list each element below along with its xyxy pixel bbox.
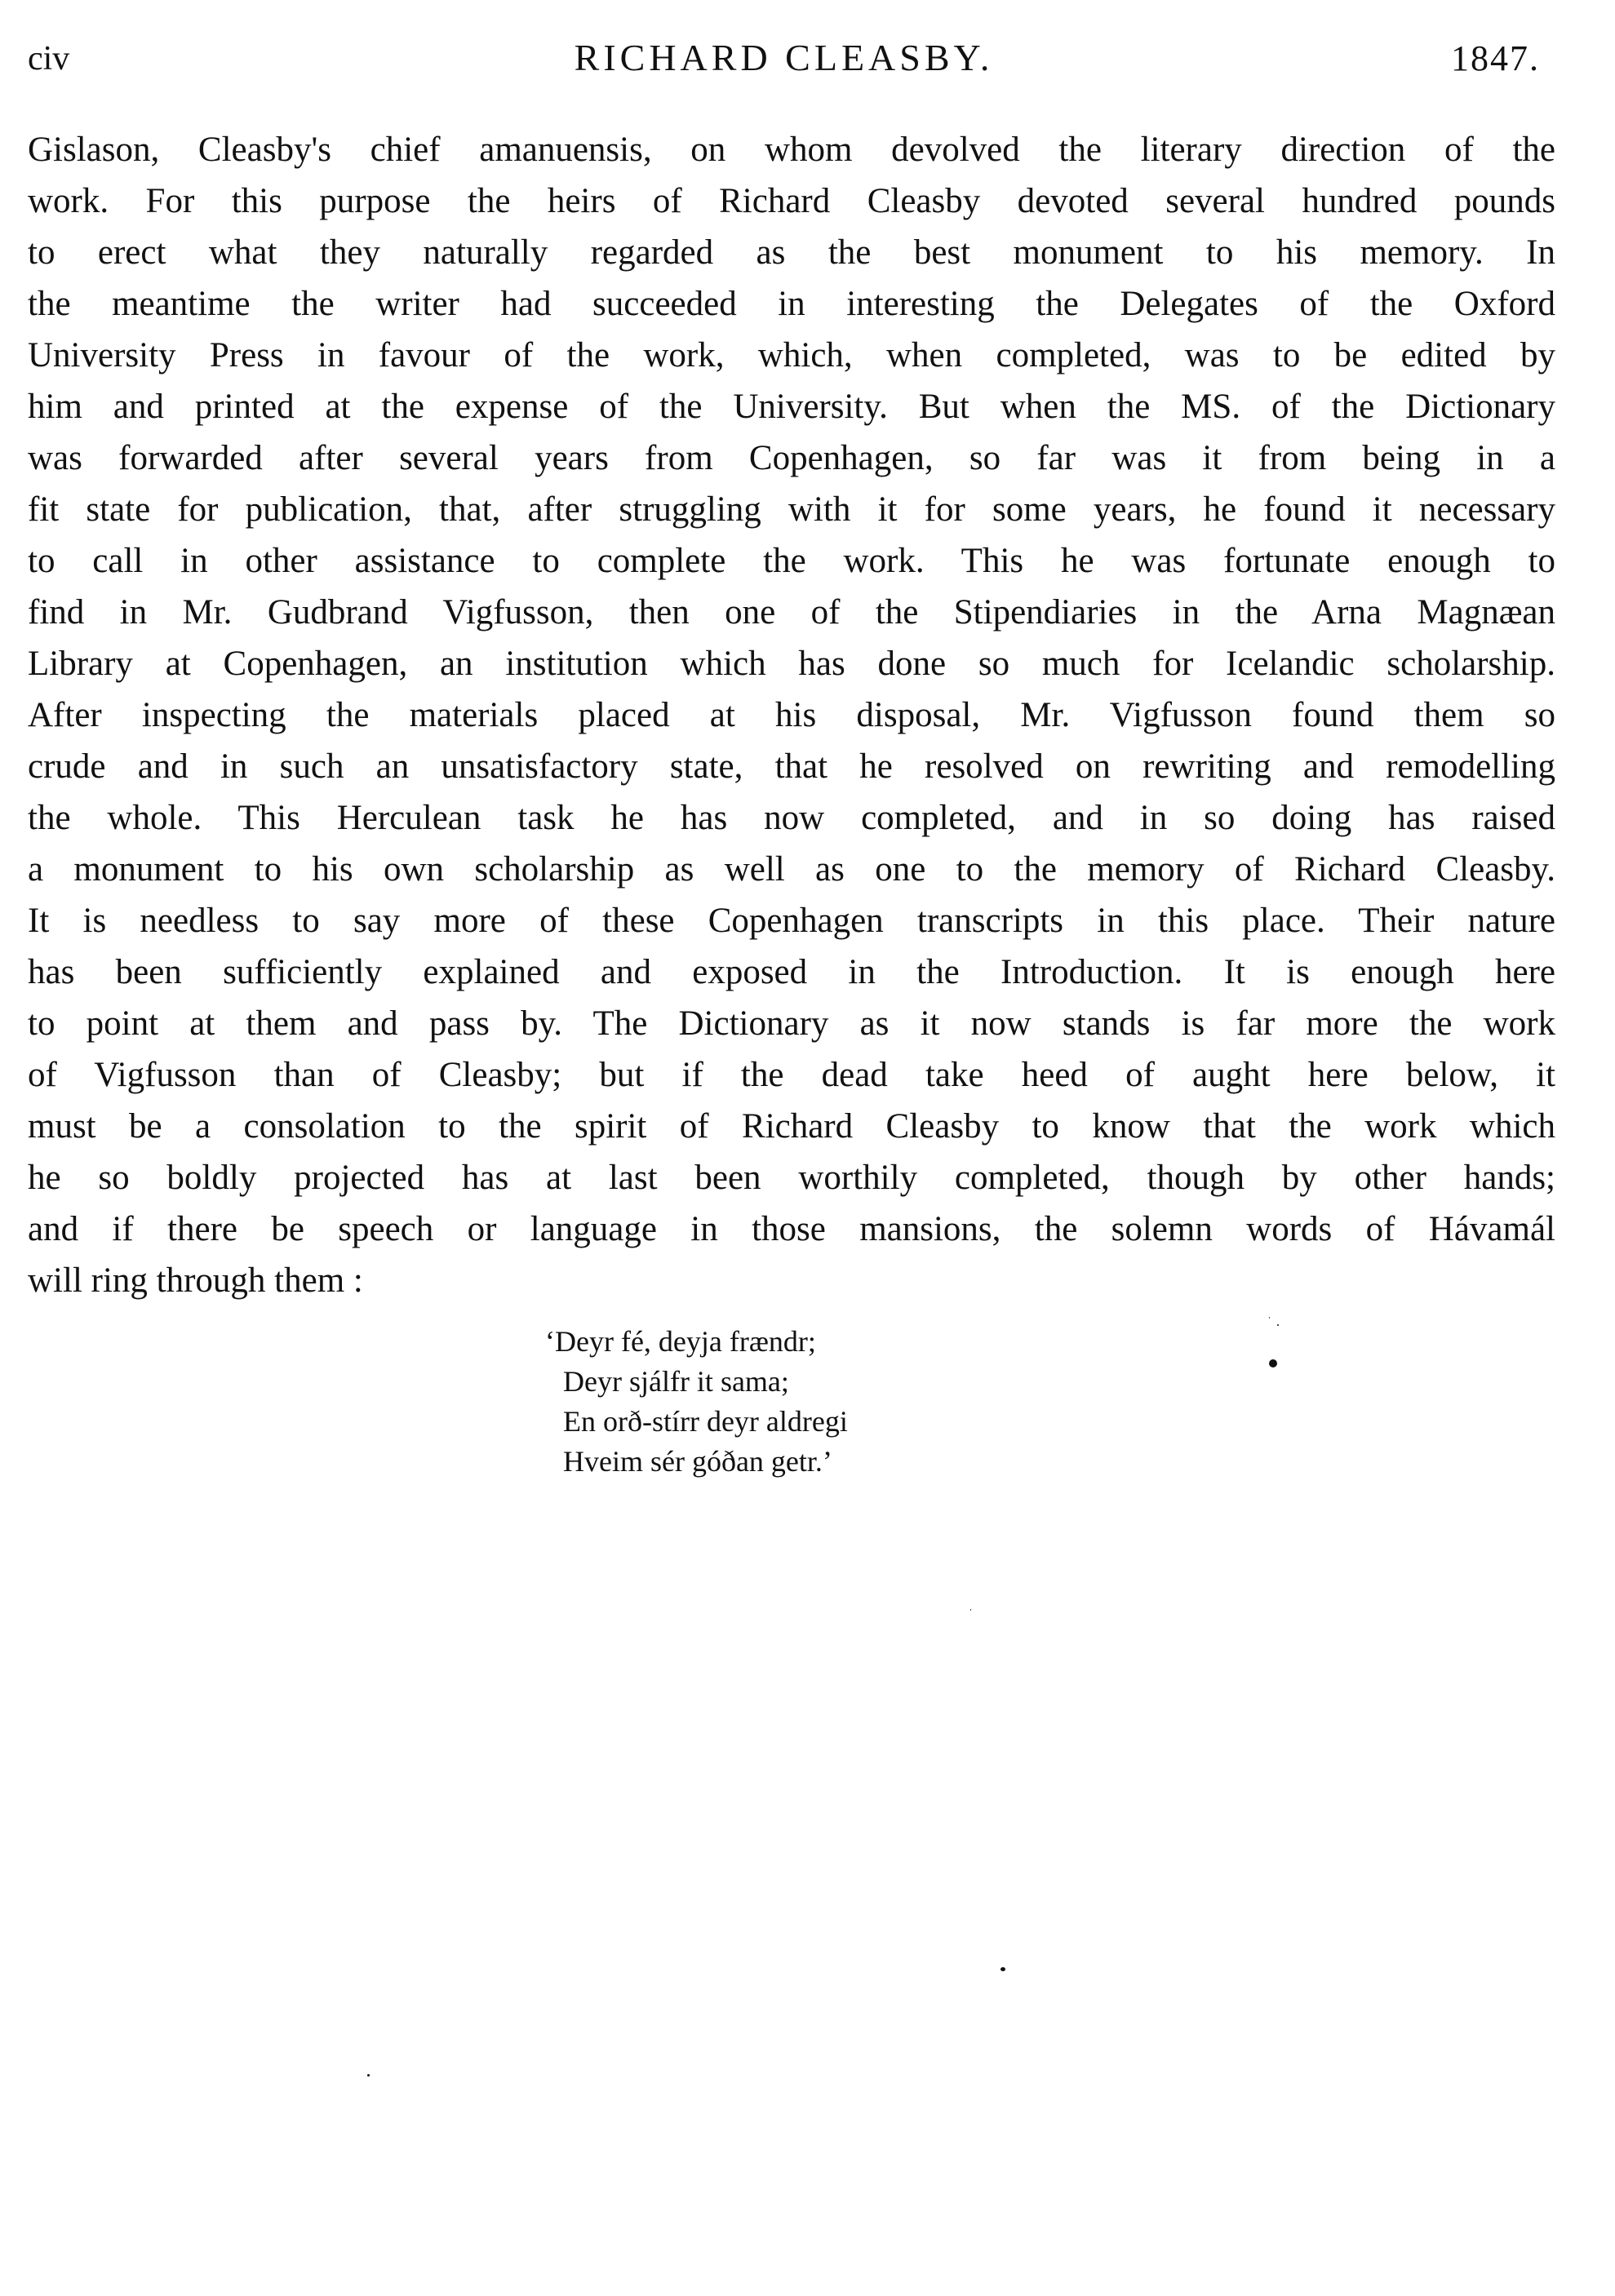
running-head: civ RICHARD CLEASBY. 1847. — [28, 36, 1540, 85]
text-line: University Press in favour of the work, … — [28, 330, 1555, 381]
text-line: the whole. This Herculean task he has no… — [28, 792, 1555, 844]
text-line: of Vigfusson than of Cleasby; but if the… — [28, 1049, 1555, 1101]
text-line: It is needless to say more of these Cope… — [28, 895, 1555, 946]
text-line: has been sufficiently explained and expo… — [28, 946, 1555, 998]
text-line: crude and in such an unsatisfactory stat… — [28, 741, 1555, 792]
poem-line: Deyr sjálfr it sama; — [545, 1362, 848, 1402]
text-line: must be a consolation to the spirit of R… — [28, 1101, 1555, 1152]
ink-speck — [1277, 1324, 1279, 1326]
text-line: find in Mr. Gudbrand Vigfusson, then one… — [28, 587, 1555, 638]
poem-quotation: ‘Deyr fé, deyja frændr; Deyr sjálfr it s… — [545, 1322, 848, 1482]
text-line: to call in other assistance to complete … — [28, 535, 1555, 587]
text-line: will ring through them : — [28, 1255, 1555, 1306]
running-title: RICHARD CLEASBY. — [28, 36, 1540, 79]
poem-line: En orð-stírr deyr aldregi — [545, 1402, 848, 1442]
text-line: work. For this purpose the heirs of Rich… — [28, 175, 1555, 227]
poem-line: Hveim sér góðan getr.’ — [545, 1442, 848, 1482]
text-line: Gislason, Cleasby's chief amanuensis, on… — [28, 124, 1555, 175]
text-line: Library at Copenhagen, an institution wh… — [28, 638, 1555, 689]
text-line: and if there be speech or language in th… — [28, 1203, 1555, 1255]
body-paragraph: Gislason, Cleasby's chief amanuensis, on… — [28, 124, 1555, 1306]
ink-speck — [1269, 1359, 1277, 1367]
text-line: him and printed at the expense of the Un… — [28, 381, 1555, 432]
text-line: to erect what they naturally regarded as… — [28, 227, 1555, 278]
running-year: 1847. — [1451, 38, 1540, 79]
text-line: a monument to his own scholarship as wel… — [28, 844, 1555, 895]
ink-speck — [1269, 1317, 1270, 1319]
text-line: the meantime the writer had succeeded in… — [28, 278, 1555, 330]
ink-speck — [970, 1609, 971, 1611]
book-page: civ RICHARD CLEASBY. 1847. Gislason, Cle… — [0, 0, 1615, 2296]
text-line: After inspecting the materials placed at… — [28, 689, 1555, 741]
text-line: fit state for publication, that, after s… — [28, 484, 1555, 535]
ink-speck — [1001, 1967, 1005, 1971]
text-line: to point at them and pass by. The Dictio… — [28, 998, 1555, 1049]
text-line: he so boldly projected has at last been … — [28, 1152, 1555, 1203]
text-line: was forwarded after several years from C… — [28, 432, 1555, 484]
ink-speck — [367, 2074, 370, 2077]
poem-line: ‘Deyr fé, deyja frændr; — [545, 1322, 848, 1362]
